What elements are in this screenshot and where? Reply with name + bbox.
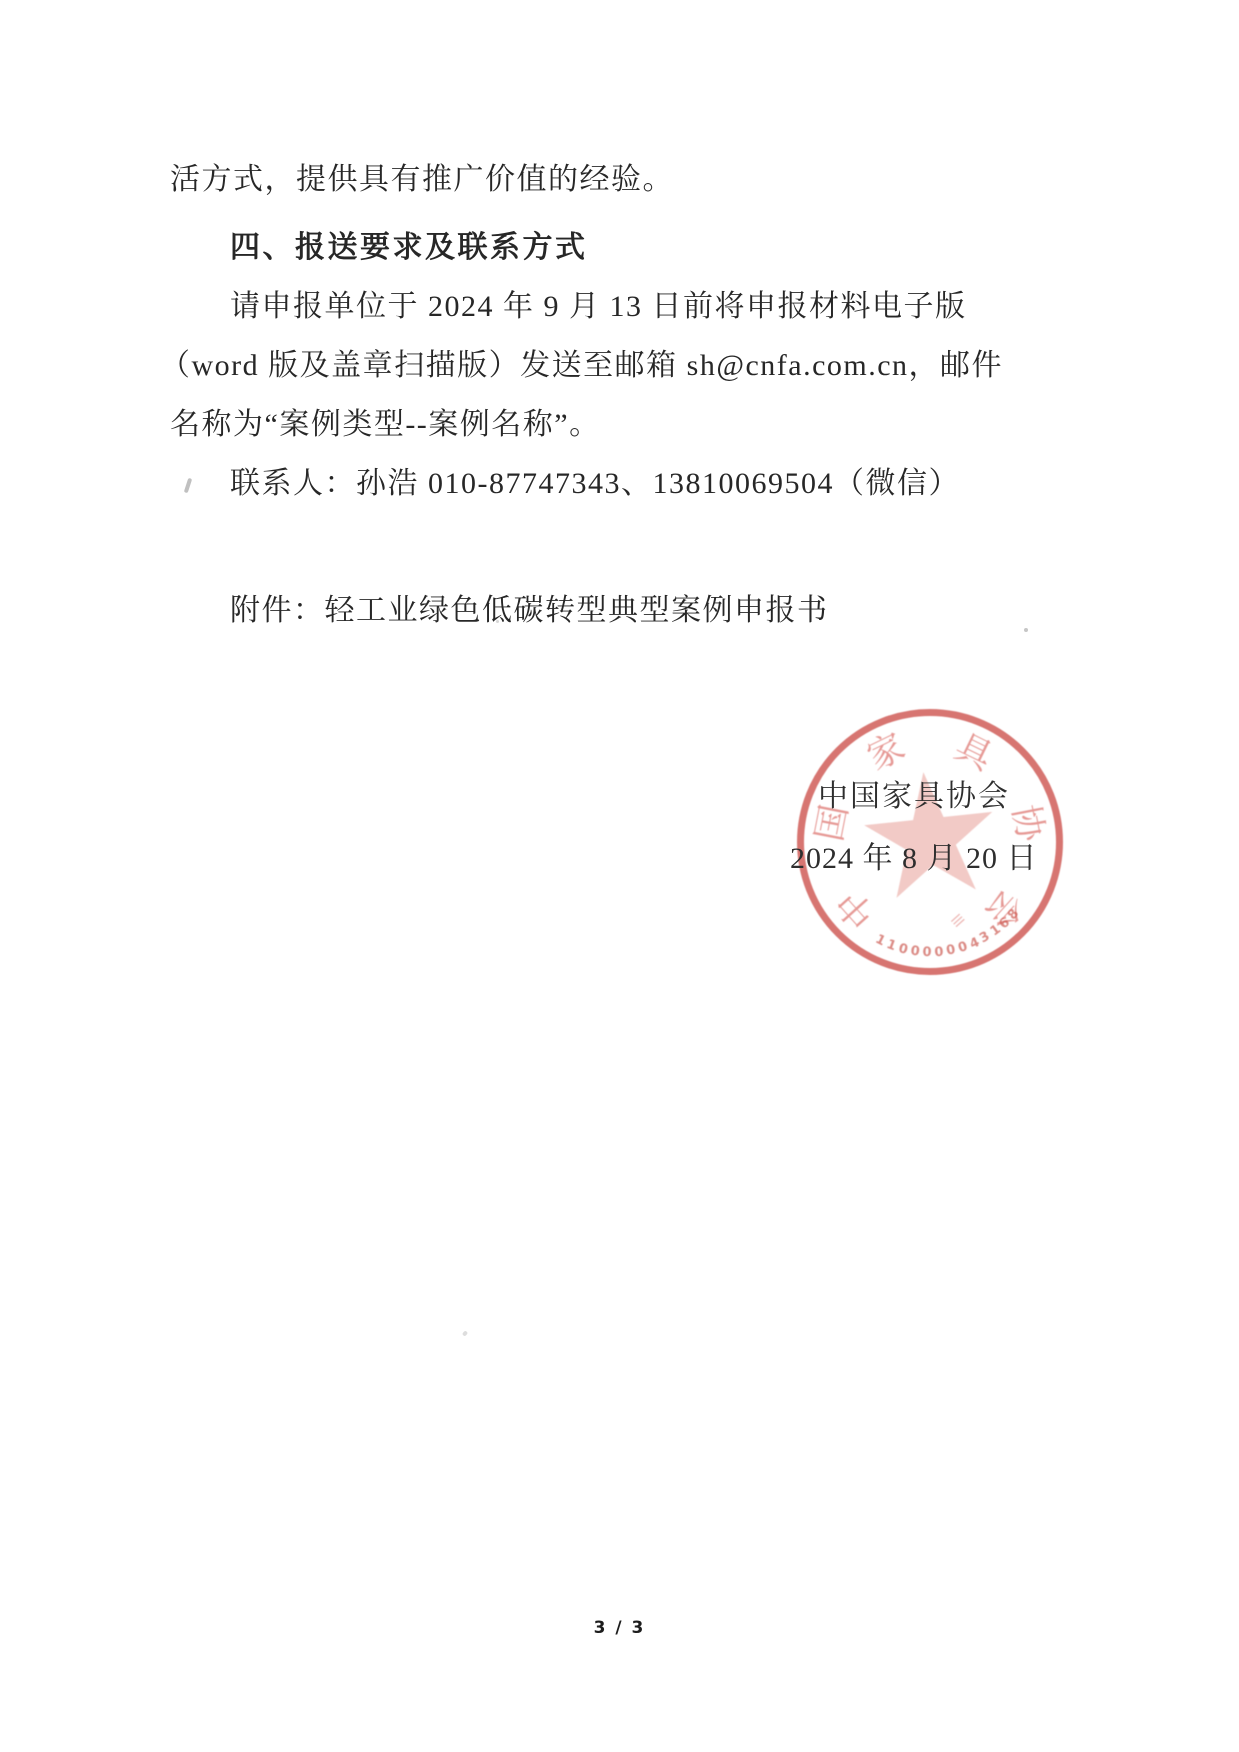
submission-line-1: 请申报单位于 2024 年 9 月 13 日前将申报材料电子版 xyxy=(230,285,967,329)
page-number: 3 / 3 xyxy=(0,1618,1239,1638)
submission-line-3: 名称为“案例类型--案例名称”。 xyxy=(170,403,601,447)
contact-line: 联系人：孙浩 010-87747343、13810069504（微信） xyxy=(230,462,960,506)
signature-date: 2024 年 8 月 20 日 xyxy=(790,833,1038,877)
scan-artifact xyxy=(496,620,499,623)
document-page: 活方式，提供具有推广价值的经验。 四、报送要求及联系方式 请申报单位于 2024… xyxy=(0,0,1239,1752)
scan-artifact xyxy=(462,1330,468,1336)
attachment-line: 附件：轻工业绿色低碳转型典型案例申报书 xyxy=(230,589,829,633)
scan-artifact xyxy=(1024,628,1028,632)
paragraph-continuation-line: 活方式，提供具有推广价值的经验。 xyxy=(170,158,674,202)
section-heading: 四、报送要求及联系方式 xyxy=(230,226,588,270)
submission-line-2: （word 版及盖章扫描版）发送至邮箱 sh@cnfa.com.cn，邮件 xyxy=(160,344,1003,388)
scan-artifact xyxy=(184,478,192,494)
signature-organization: 中国家具协会 xyxy=(818,771,1010,815)
